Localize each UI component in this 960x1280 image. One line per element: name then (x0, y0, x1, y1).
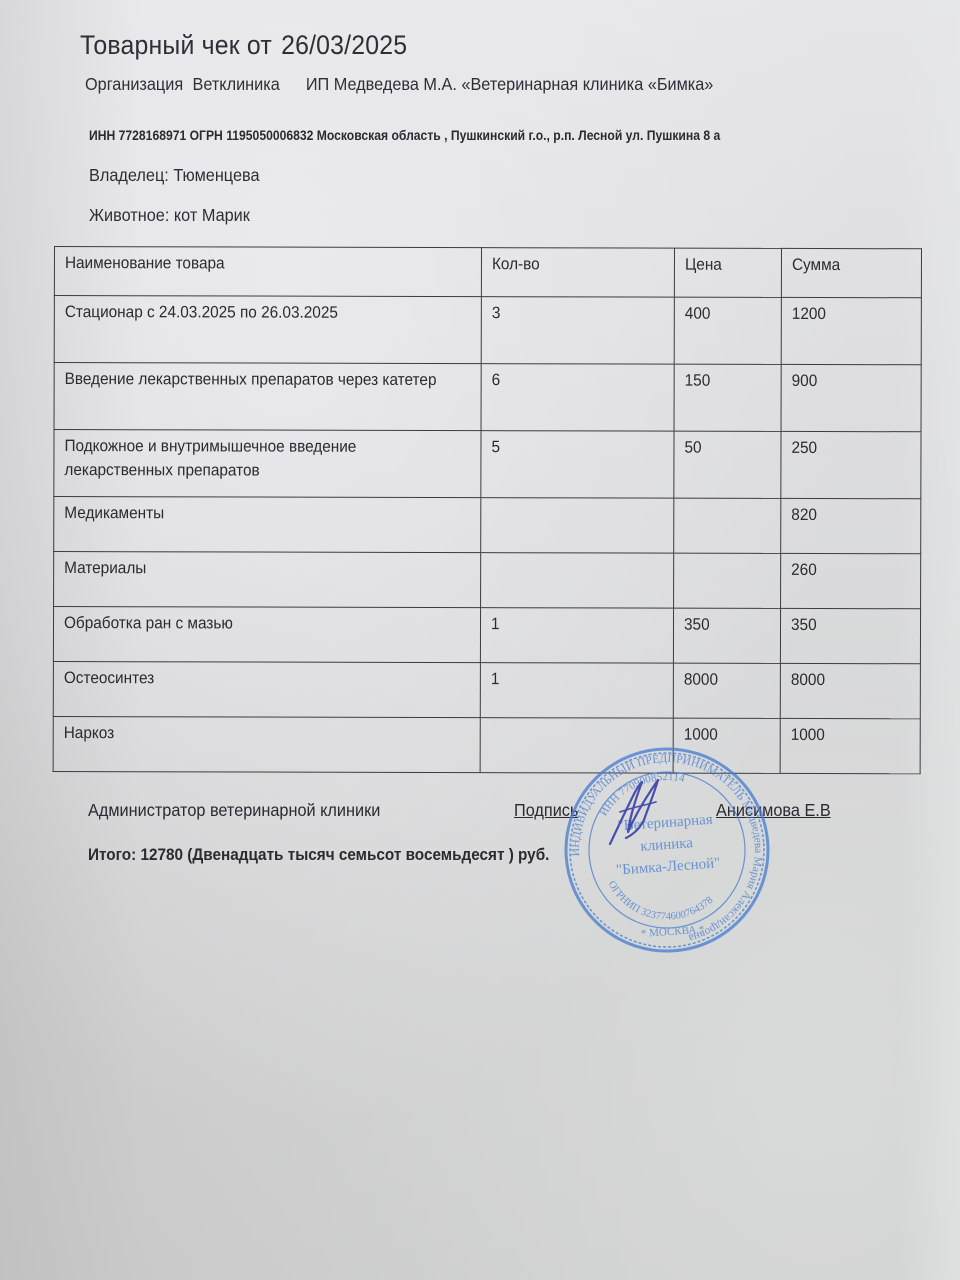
header-price: Цена (674, 248, 781, 297)
cell-price: 350 (673, 608, 780, 663)
cell-qty (481, 553, 674, 609)
stamp-center-line3: "Бимка-Лесной" (616, 855, 721, 878)
cell-sum: 1200 (781, 297, 921, 364)
registration-details: ИНН 7728168971 ОГРН 1195050006832 Москов… (89, 128, 720, 143)
organization-type: Ветклиника (192, 74, 279, 94)
cell-qty: 6 (481, 364, 674, 432)
cell-sum: 350 (780, 608, 920, 663)
receipt-title: Товарный чек от26/03/2025 (80, 30, 407, 61)
receipt-title-label: Товарный чек от (80, 30, 272, 60)
table-row: Материалы 260 (54, 552, 921, 609)
cell-qty: 5 (481, 431, 674, 499)
cell-sum: 8000 (780, 663, 920, 718)
cell-sum: 1000 (780, 718, 920, 773)
cell-price: 50 (674, 431, 781, 498)
total-amount: Итого: 12780 (Двенадцать тысяч семьсот в… (88, 845, 549, 865)
cell-name: Медикаменты (54, 497, 481, 553)
organization-name: ИП Медведева М.А. «Ветеринарная клиника … (306, 74, 714, 94)
table-row: Обработка ран с мазью 1 350 350 (53, 607, 920, 664)
animal-line: Животное: кот Марик (89, 205, 250, 226)
table-row: Подкожное и внутримышечное введение лека… (54, 430, 921, 499)
cell-price: 8000 (673, 663, 780, 718)
table-row: Стационар с 24.03.2025 по 26.03.2025 3 4… (54, 296, 921, 365)
handwritten-signature (600, 772, 670, 852)
table-row: Введение лекарственных препаратов через … (54, 363, 921, 432)
header-sum: Сумма (781, 248, 921, 297)
owner-line: Владелец: Тюменцева (89, 165, 260, 186)
cell-sum: 250 (781, 431, 921, 498)
cell-price: 400 (674, 297, 781, 364)
organization-label: Организация (85, 74, 183, 94)
cell-sum: 260 (781, 553, 921, 608)
header-name: Наименование товара (54, 247, 481, 297)
cell-price: 150 (674, 364, 781, 431)
organization-line: ОрганизацияВетклиникаИП Медведева М.А. «… (85, 74, 713, 95)
cell-qty: 1 (480, 663, 673, 719)
header-qty: Кол-во (481, 248, 674, 298)
table-row: Остеосинтез 1 8000 8000 (53, 661, 920, 718)
receipt-date: 26/03/2025 (281, 30, 407, 60)
cell-name: Наркоз (53, 716, 480, 772)
administrator-role: Администратор ветеринарной клиники (88, 800, 380, 821)
cell-name: Введение лекарственных препаратов через … (54, 363, 481, 431)
table-row: Медикаменты 820 (54, 497, 921, 554)
cell-name: Стационар с 24.03.2025 по 26.03.2025 (54, 296, 481, 364)
table-header-row: Наименование товара Кол-во Цена Сумма (54, 247, 921, 298)
cell-sum: 900 (781, 364, 921, 431)
cell-qty: 3 (481, 297, 674, 365)
cell-price (674, 498, 781, 553)
stamp-ogrnip-text: ОГРНИП 323774600764378 (605, 872, 716, 926)
cell-price (674, 553, 781, 608)
items-table: Наименование товара Кол-во Цена Сумма Ст… (53, 246, 922, 774)
cell-name: Остеосинтез (53, 661, 480, 717)
cell-name: Обработка ран с мазью (53, 607, 480, 663)
table-row: Наркоз 1000 1000 (53, 716, 920, 773)
cell-sum: 820 (781, 498, 921, 553)
cell-name: Подкожное и внутримышечное введение лека… (54, 430, 481, 498)
cell-name: Материалы (54, 552, 481, 608)
cell-qty (481, 498, 674, 554)
cell-qty: 1 (480, 608, 673, 664)
